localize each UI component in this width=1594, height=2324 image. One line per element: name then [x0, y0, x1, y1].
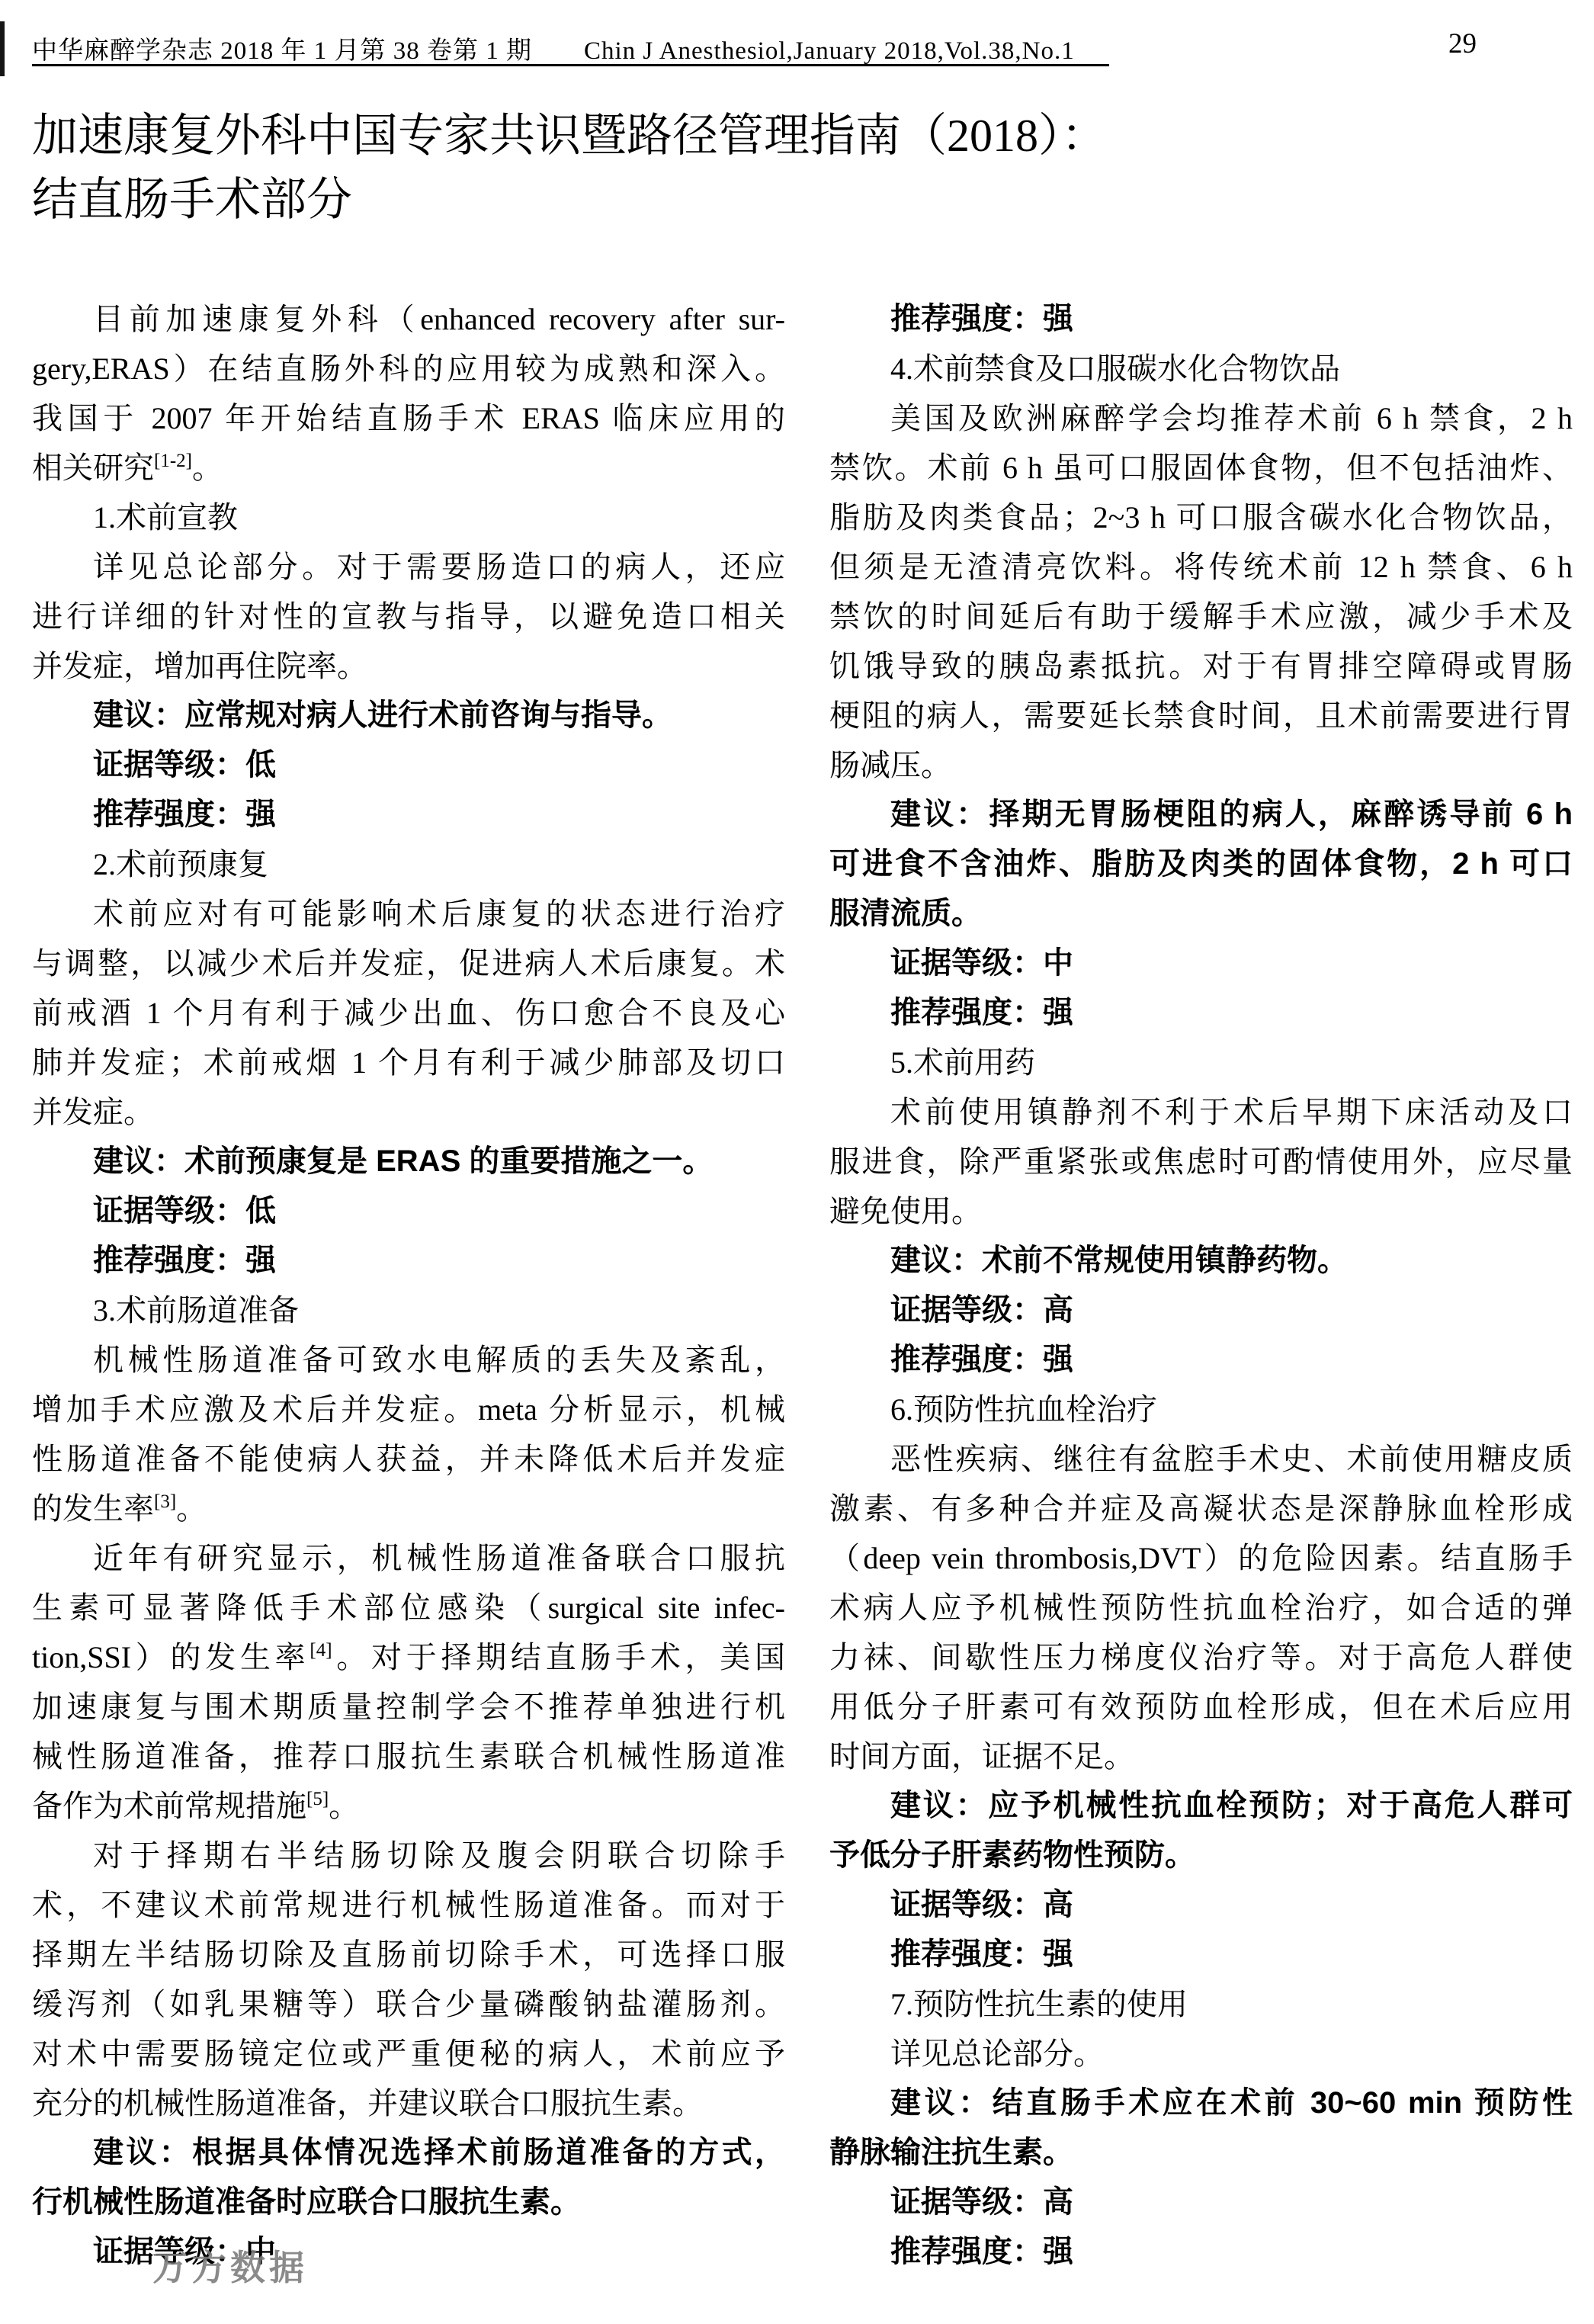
- text-line: 服清流质。: [829, 889, 1573, 939]
- page-number: 29: [1448, 27, 1477, 60]
- text-line: 术，不建议术前常规进行机械性肠道准备。而对于: [32, 1880, 785, 1930]
- text-line: 建议：术前不常规使用镇静药物。: [829, 1236, 1573, 1286]
- text-line: 目前加速康复外科（enhanced recovery after sur-: [32, 294, 785, 344]
- text-line: 证据等级：高: [829, 2178, 1573, 2227]
- text-line: 对于择期右半结肠切除及腹会阴联合切除手: [32, 1831, 785, 1880]
- text-line: 行机械性肠道准备时应联合口服抗生素。: [32, 2178, 785, 2227]
- text-line: 证据等级：高: [829, 1880, 1573, 1930]
- text-line: 并发症，增加再住院率。: [32, 641, 785, 691]
- text-line: 建议：根据具体情况选择术前肠道准备的方式，: [32, 2128, 785, 2178]
- text-line: 可进食不含油炸、脂肪及肉类的固体食物，2 h 可口: [829, 839, 1573, 889]
- text-line: 性肠道准备不能使病人获益，并未降低术后并发症: [32, 1434, 785, 1484]
- text-line: 推荐强度：强: [32, 1236, 785, 1286]
- reference-superscript: [3]: [154, 1491, 176, 1512]
- text-line: 相关研究[1-2]。: [32, 443, 785, 493]
- text-line: 充分的机械性肠道准备，并建议联合口服抗生素。: [32, 2078, 785, 2128]
- text-line: 建议：择期无胃肠梗阻的病人，麻醉诱导前 6 h: [829, 790, 1573, 839]
- text-line: 禁饮的时间延后有助于缓解手术应激，减少手术及: [829, 592, 1573, 641]
- text-line: 术病人应予机械性预防性抗血栓治疗，如合适的弹: [829, 1583, 1573, 1632]
- text-line: 建议：应予机械性抗血栓预防；对于高危人群可: [829, 1781, 1573, 1831]
- text-line: 详见总论部分。对于需要肠造口的病人，还应: [32, 542, 785, 592]
- text-line: 推荐强度：强: [32, 790, 785, 839]
- article-title-line2: 结直肠手术部分: [32, 168, 1107, 232]
- text-line: 对术中需要肠镜定位或严重便秘的病人，术前应予: [32, 2029, 785, 2078]
- article-title-line1: 加速康复外科中国专家共识暨路径管理指南（2018）：: [32, 104, 1107, 168]
- text-line: （deep vein thrombosis,DVT）的危险因素。结直肠手: [829, 1533, 1573, 1583]
- text-line: 械性肠道准备，推荐口服抗生素联合机械性肠道准: [32, 1732, 785, 1781]
- text-line: 增加手术应激及术后并发症。meta 分析显示，机械: [32, 1385, 785, 1434]
- text-line: 详见总论部分。: [829, 2029, 1573, 2078]
- text-line: 4.术前禁食及口服碳水化合物饮品: [829, 344, 1573, 393]
- scan-artifact: [0, 21, 5, 76]
- text-line: 证据等级：中: [829, 939, 1573, 988]
- text-line: 术前应对有可能影响术后康复的状态进行治疗: [32, 889, 785, 939]
- text-line: 推荐强度：强: [829, 1335, 1573, 1385]
- text-line: 加速康复与围术期质量控制学会不推荐单独进行机: [32, 1682, 785, 1732]
- journal-header: 中华麻醉学杂志 2018 年 1 月第 38 卷第 1 期 Chin J Ane…: [32, 30, 1075, 66]
- text-line: 进行详细的针对性的宣教与指导，以避免造口相关: [32, 592, 785, 641]
- text-line: 并发症。: [32, 1087, 785, 1137]
- text-line: 肺并发症；术前戒烟 1 个月有利于减少肺部及切口: [32, 1038, 785, 1087]
- text-line: 激素、有多种合并症及高凝状态是深静脉血栓形成: [829, 1484, 1573, 1533]
- text-line: 备作为术前常规措施[5]。: [32, 1781, 785, 1831]
- text-line: 建议：术前预康复是 ERAS 的重要措施之一。: [32, 1137, 785, 1186]
- text-line: 机械性肠道准备可致水电解质的丢失及紊乱，: [32, 1335, 785, 1385]
- text-line: 用低分子肝素可有效预防血栓形成，但在术后应用: [829, 1682, 1573, 1732]
- reference-superscript: [5]: [306, 1789, 329, 1809]
- text-line: 建议：结直肠手术应在术前 30~60 min 预防性: [829, 2078, 1573, 2128]
- reference-superscript: [4]: [309, 1640, 332, 1661]
- text-line: 的发生率[3]。: [32, 1484, 785, 1533]
- text-line: 脂肪及肉类食品；2~3 h 可口服含碳水化合物饮品，: [829, 493, 1573, 542]
- text-line: 梗阻的病人，需要延长禁食时间，且术前需要进行胃: [829, 691, 1573, 740]
- article-title: 加速康复外科中国专家共识暨路径管理指南（2018）： 结直肠手术部分: [32, 104, 1107, 232]
- text-line: 我国于 2007 年开始结直肠手术 ERAS 临床应用的: [32, 393, 785, 443]
- left-column: 目前加速康复外科（enhanced recovery after sur-ger…: [32, 294, 785, 2277]
- text-line: 证据等级：中: [32, 2227, 785, 2277]
- text-line: 推荐强度：强: [829, 294, 1573, 344]
- text-line: 恶性疾病、继往有盆腔手术史、术前使用糖皮质: [829, 1434, 1573, 1484]
- text-line: 生素可显著降低手术部位感染（surgical site infec-: [32, 1583, 785, 1632]
- text-line: 力袜、间歇性压力梯度仪治疗等。对于高危人群使: [829, 1632, 1573, 1682]
- text-line: 近年有研究显示，机械性肠道准备联合口服抗: [32, 1533, 785, 1583]
- text-line: 禁饮。术前 6 h 虽可口服固体食物，但不包括油炸、: [829, 443, 1573, 493]
- text-line: 建议：应常规对病人进行术前咨询与指导。: [32, 691, 785, 740]
- text-line: 推荐强度：强: [829, 988, 1573, 1038]
- text-line: 证据等级：低: [32, 740, 785, 790]
- text-line: 缓泻剂（如乳果糖等）联合少量磷酸钠盐灌肠剂。: [32, 1979, 785, 2029]
- text-line: 6.预防性抗血栓治疗: [829, 1385, 1573, 1434]
- text-line: 静脉输注抗生素。: [829, 2128, 1573, 2178]
- text-line: 前戒酒 1 个月有利于减少出血、伤口愈合不良及心: [32, 988, 785, 1038]
- text-line: 肠减压。: [829, 740, 1573, 790]
- text-line: 证据等级：高: [829, 1286, 1573, 1335]
- text-line: 1.术前宣教: [32, 493, 785, 542]
- text-line: 推荐强度：强: [829, 1930, 1573, 1979]
- text-line: 服进食，除严重紧张或焦虑时可酌情使用外，应尽量: [829, 1137, 1573, 1186]
- text-line: gery,ERAS）在结直肠外科的应用较为成熟和深入。: [32, 344, 785, 393]
- text-line: 证据等级：低: [32, 1186, 785, 1236]
- text-line: 时间方面，证据不足。: [829, 1732, 1573, 1781]
- text-line: 2.术前预康复: [32, 839, 785, 889]
- text-line: 术前使用镇静剂不利于术后早期下床活动及口: [829, 1087, 1573, 1137]
- text-line: tion,SSI）的发生率[4]。对于择期结直肠手术，美国: [32, 1632, 785, 1682]
- text-line: 推荐强度：强: [829, 2227, 1573, 2277]
- text-line: 避免使用。: [829, 1186, 1573, 1236]
- text-line: 3.术前肠道准备: [32, 1286, 785, 1335]
- text-line: 饥饿导致的胰岛素抵抗。对于有胃排空障碍或胃肠: [829, 641, 1573, 691]
- header-rule: [32, 64, 1109, 66]
- text-line: 7.预防性抗生素的使用: [829, 1979, 1573, 2029]
- reference-superscript: [1-2]: [154, 451, 192, 471]
- text-line: 5.术前用药: [829, 1038, 1573, 1087]
- text-line: 与调整，以减少术后并发症，促进病人术后康复。术: [32, 939, 785, 988]
- watermark: 万方数据: [152, 2240, 308, 2290]
- text-line: 择期左半结肠切除及直肠前切除手术，可选择口服: [32, 1930, 785, 1979]
- journal-page: 中华麻醉学杂志 2018 年 1 月第 38 卷第 1 期 Chin J Ane…: [0, 0, 1594, 2324]
- right-column: 推荐强度：强4.术前禁食及口服碳水化合物饮品美国及欧洲麻醉学会均推荐术前 6 h…: [829, 294, 1573, 2277]
- text-line: 予低分子肝素药物性预防。: [829, 1831, 1573, 1880]
- text-line: 美国及欧洲麻醉学会均推荐术前 6 h 禁食，2 h: [829, 393, 1573, 443]
- text-line: 但须是无渣清亮饮料。将传统术前 12 h 禁食、6 h: [829, 542, 1573, 592]
